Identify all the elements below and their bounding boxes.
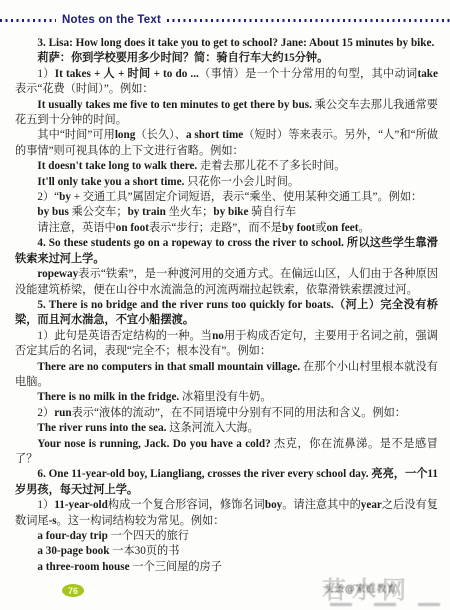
bold-text-segment: by train xyxy=(128,206,166,218)
text-segment: 冰箱里没有牛奶。 xyxy=(179,391,271,403)
bold-text-segment: a four-day trip xyxy=(37,530,107,542)
text-segment: 1）此句是英语否定结构的一种。当 xyxy=(37,330,212,342)
text-segment: 其中“时间”可用 xyxy=(37,129,114,141)
text-segment: 2） xyxy=(37,407,54,419)
bold-text-segment: 3. Lisa: How long does it take you to ge… xyxy=(37,37,434,49)
paragraph: 1）It takes + 人 + 时间 + to do ...（事情）是一个十分… xyxy=(15,67,438,98)
text-segment: 2）“ xyxy=(37,191,59,203)
watermark-subtext-mark xyxy=(418,603,440,606)
section-title: Notes on the Text xyxy=(62,14,161,26)
bold-text-segment: There is no milk in the fridge. xyxy=(37,391,179,403)
bold-text-segment: It'll only take you a short time. xyxy=(37,176,184,188)
bold-text-segment: There are no computers in that small mou… xyxy=(37,361,300,373)
paragraph: 莉萨：你到学校要用多少时间？简：骑自行车大约15分钟。 xyxy=(15,51,438,66)
paragraph: 4. So these students go on a ropeway to … xyxy=(15,236,438,267)
bold-text-segment: by bus xyxy=(37,206,68,218)
paragraph: a 30-page book 一本30页的书 xyxy=(15,544,438,559)
text-segment: （事情）是一个十分常用的句型，其中动词 xyxy=(199,68,418,80)
paragraph: Your nose is running, Jack. Do you have … xyxy=(15,437,438,468)
bold-text-segment: boy xyxy=(265,499,282,511)
bold-text-segment: It usually takes me five to ten minutes … xyxy=(37,99,311,111)
bold-text-segment: take xyxy=(417,68,438,80)
bold-text-segment: a short time xyxy=(186,129,243,141)
bold-text-segment: by foot xyxy=(282,222,315,234)
paragraph: 3. Lisa: How long does it take you to ge… xyxy=(15,36,438,51)
text-segment: + 交通工具”属固定介词短语，表示“乘坐、使用某种交通工具”。例如： xyxy=(71,191,422,203)
paragraph: The river runs into the sea. 这条河流入大海。 xyxy=(15,421,438,436)
bold-text-segment: It takes + 人 + 时间 + to do ... xyxy=(55,68,199,80)
paragraph: by bus 乘公交车；by train 坐火车；by bike 骑自行车 xyxy=(15,205,438,220)
paragraph: a four-day trip 一个四天的旅行 xyxy=(15,529,438,544)
paragraph: 6. One 11-year-old boy, Liangliang, cros… xyxy=(15,467,438,498)
bold-text-segment: no xyxy=(212,330,224,342)
paragraph: 其中“时间”可用long（长久）、a short time（短时）等来表示。另外… xyxy=(15,128,438,159)
bold-text-segment: year xyxy=(361,499,382,511)
bold-text-segment: 5. There is no bridge and the river runs… xyxy=(15,299,438,326)
text-segment: 。 xyxy=(358,222,369,234)
bold-text-segment: by xyxy=(59,191,71,203)
paragraph: 1）此句是英语否定结构的一种。当no用于构成否定句，主要用于名词之前，强调否定其… xyxy=(15,329,438,360)
text-segment: 坐火车； xyxy=(166,206,214,218)
bold-text-segment: 莉萨：你到学校要用多少时间？简：骑自行车大约15分钟。 xyxy=(37,52,328,64)
paragraph: There is no milk in the fridge. 冰箱里没有牛奶。 xyxy=(15,390,438,405)
bold-text-segment: Your nose is running, Jack. Do you have … xyxy=(37,438,270,450)
text-segment: 。请注意其中的 xyxy=(282,499,361,511)
paragraph: 2）run表示“液体的流动”，在不同语境中分别有不同的用法和含义。例如： xyxy=(15,406,438,421)
text-segment: 表示“步行；走路”，而不是 xyxy=(149,222,282,234)
text-segment: 一本30页的书 xyxy=(110,545,180,557)
bold-text-segment: 4. So these students go on a ropeway to … xyxy=(15,237,438,264)
bold-text-segment: by bike xyxy=(213,206,248,218)
watermark-subtext-mark xyxy=(374,603,396,606)
text-segment: 表示“花费（时间）”。例如： xyxy=(15,83,154,95)
paragraph: 5. There is no bridge and the river runs… xyxy=(15,298,438,329)
page-number-badge: 76 xyxy=(62,584,84,597)
textbook-page: Notes on the Text 3. Lisa: How long does… xyxy=(0,0,450,610)
text-segment: 乘公交车； xyxy=(69,206,128,218)
text-segment: 请注意，英语中 xyxy=(37,222,115,234)
text-segment: 这条河流入大海。 xyxy=(166,422,258,434)
bold-text-segment: -s xyxy=(49,515,57,527)
dotted-rule-right xyxy=(167,19,450,22)
text-segment: 或 xyxy=(315,222,326,234)
bold-text-segment: ropeway xyxy=(37,268,78,280)
paragraph: 2）“by + 交通工具”属固定介词短语，表示“乘坐、使用某种交通工具”。例如： xyxy=(15,190,438,205)
text-segment: （长久）、 xyxy=(135,129,186,141)
bold-text-segment: on feet xyxy=(326,222,358,234)
text-segment: 表示“铁索”，是一种渡河用的交通方式。在偏远山区，人们由于各种原因没能建筑桥梁，… xyxy=(15,268,438,295)
text-segment: 一个四天的旅行 xyxy=(108,530,189,542)
bold-text-segment: 6. One 11-year-old boy, Liangliang, cros… xyxy=(15,468,438,495)
text-segment: 1） xyxy=(37,68,54,80)
paragraph: There are no computers in that small mou… xyxy=(15,360,438,391)
bold-text-segment: a three-room house xyxy=(37,561,129,573)
watermark: 若水网 头条@家庭教育 xyxy=(322,570,442,604)
watermark-subtext-mark xyxy=(330,603,352,606)
text-segment: 构成一个复合形容词，修饰名词 xyxy=(108,499,265,511)
text-segment: 一个三间屋的房子 xyxy=(130,561,222,573)
bold-text-segment: long xyxy=(115,129,136,141)
watermark-overlay-text: 头条@家庭教育 xyxy=(324,581,398,595)
bold-text-segment: 11-year-old xyxy=(54,499,108,511)
notes-body: 3. Lisa: How long does it take you to ge… xyxy=(15,36,438,575)
text-segment: 1） xyxy=(37,499,54,511)
paragraph: It doesn't take long to walk there. 走着去那… xyxy=(15,159,438,174)
dotted-rule-left xyxy=(0,19,56,22)
paragraph: It'll only take you a short time. 只花你一小会… xyxy=(15,175,438,190)
text-segment: 表示“液体的流动”，在不同语境中分别有不同的用法和含义。例如： xyxy=(72,407,406,419)
watermark-subtext xyxy=(330,603,440,606)
text-segment: 只花你一小会儿时间。 xyxy=(184,176,299,188)
paragraph: ropeway表示“铁索”，是一种渡河用的交通方式。在偏远山区，人们由于各种原因… xyxy=(15,267,438,298)
paragraph: It usually takes me five to ten minutes … xyxy=(15,98,438,129)
bold-text-segment: It doesn't take long to walk there. xyxy=(37,160,197,172)
bold-text-segment: run xyxy=(54,407,71,419)
paragraph: 请注意，英语中on foot表示“步行；走路”，而不是by foot或on fe… xyxy=(15,221,438,236)
bold-text-segment: The river runs into the sea. xyxy=(37,422,166,434)
text-segment: 走着去那儿花不了多长时间。 xyxy=(197,160,345,172)
text-segment: 骑自行车 xyxy=(249,206,297,218)
section-header: Notes on the Text xyxy=(0,13,450,27)
paragraph: 1）11-year-old构成一个复合形容词，修饰名词boy。请注意其中的yea… xyxy=(15,498,438,529)
bold-text-segment: a 30-page book xyxy=(37,545,109,557)
bold-text-segment: on foot xyxy=(116,222,149,234)
text-segment: 。这一构词结构较为常见。例如： xyxy=(57,515,225,527)
